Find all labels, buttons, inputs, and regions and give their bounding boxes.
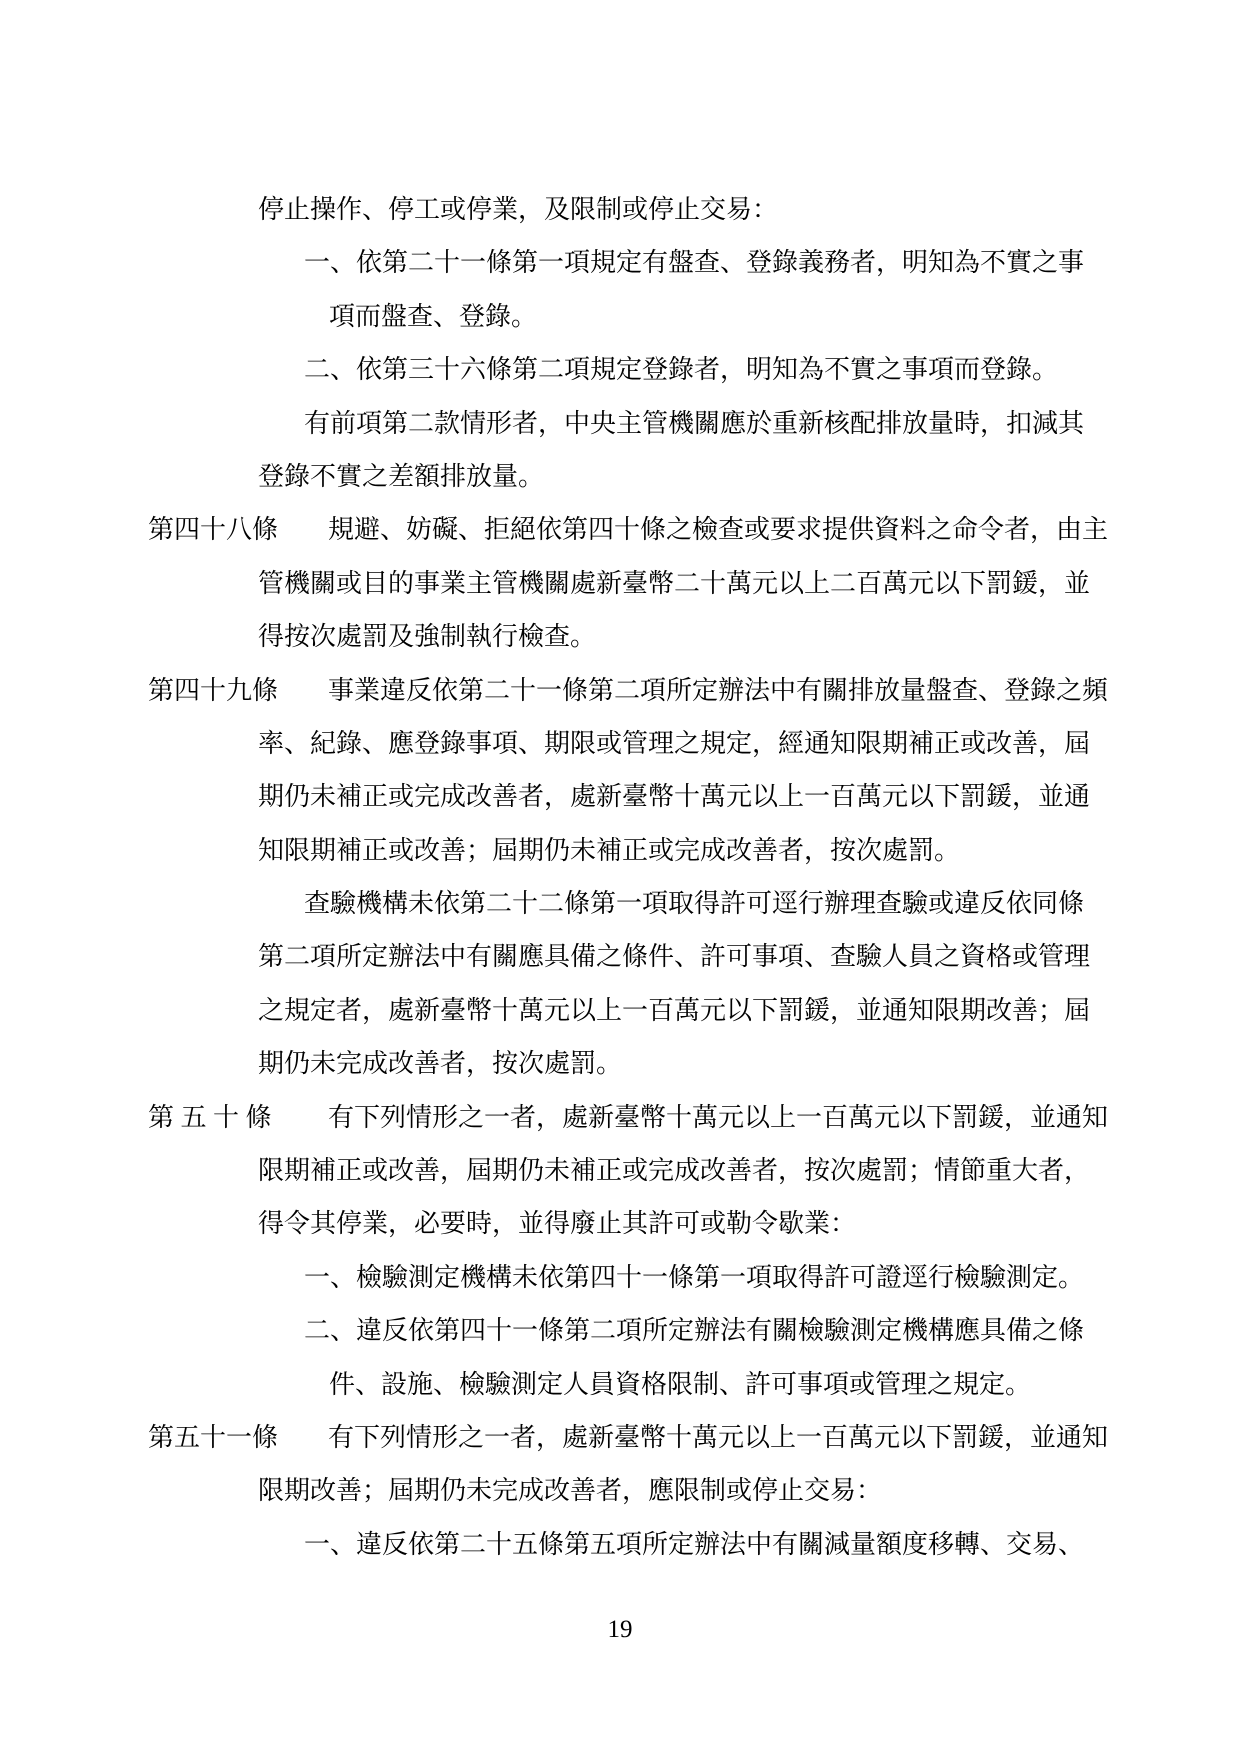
text-line: 期仍未完成改善者，按次處罰。 bbox=[258, 1037, 1240, 1090]
text-line: 得令其停業，必要時，並得廢止其許可或勒令歇業： bbox=[258, 1197, 1240, 1250]
text-line: 限期補正或改善，屆期仍未補正或完成改善者，按次處罰；情節重大者， bbox=[258, 1144, 1240, 1197]
text-line: 限期改善；屆期仍未完成改善者，應限制或停止交易： bbox=[258, 1464, 1240, 1517]
text-line: 一、檢驗測定機構未依第四十一條第一項取得許可證逕行檢驗測定。 bbox=[304, 1251, 1240, 1304]
text-line: 有前項第二款情形者，中央主管機關應於重新核配排放量時，扣減其 bbox=[304, 397, 1240, 450]
document-content: 停止操作、停工或停業，及限制或停止交易：一、依第二十一條第一項規定有盤查、登錄義… bbox=[0, 183, 1240, 1571]
text-line: 知限期補正或改善；屆期仍未補正或完成改善者，按次處罰。 bbox=[258, 824, 1240, 877]
text-line: 二、依第三十六條第二項規定登錄者，明知為不實之事項而登錄。 bbox=[304, 343, 1240, 396]
article-text: 有下列情形之一者，處新臺幣十萬元以上一百萬元以下罰鍰，並通知 bbox=[328, 1423, 1108, 1452]
text-line: 第二項所定辦法中有關應具備之條件、許可事項、查驗人員之資格或管理 bbox=[258, 930, 1240, 983]
text-line: 停止操作、停工或停業，及限制或停止交易： bbox=[258, 183, 1240, 236]
text-line: 二、違反依第四十一條第二項所定辦法有關檢驗測定機構應具備之條 bbox=[304, 1304, 1240, 1357]
text-line: 件、設施、檢驗測定人員資格限制、許可事項或管理之規定。 bbox=[329, 1358, 1240, 1411]
page-number: 19 bbox=[0, 1615, 1240, 1645]
article-text: 事業違反依第二十一條第二項所定辦法中有關排放量盤查、登錄之頻 bbox=[328, 676, 1108, 705]
article-line: 第四十九條事業違反依第二十一條第二項所定辦法中有關排放量盤查、登錄之頻 bbox=[148, 664, 1240, 717]
article-text: 有下列情形之一者，處新臺幣十萬元以上一百萬元以下罰鍰，並通知 bbox=[328, 1103, 1108, 1132]
text-line: 率、紀錄、應登錄事項、期限或管理之規定，經通知限期補正或改善，屆 bbox=[258, 717, 1240, 770]
article-number: 第四十八條 bbox=[148, 503, 328, 556]
article-line: 第四十八條規避、妨礙、拒絕依第四十條之檢查或要求提供資料之命令者，由主 bbox=[148, 503, 1240, 556]
text-line: 之規定者，處新臺幣十萬元以上一百萬元以下罰鍰，並通知限期改善；屆 bbox=[258, 984, 1240, 1037]
text-line: 一、違反依第二十五條第五項所定辦法中有關減量額度移轉、交易、 bbox=[304, 1518, 1240, 1571]
text-line: 一、依第二十一條第一項規定有盤查、登錄義務者，明知為不實之事 bbox=[304, 236, 1240, 289]
text-line: 管機關或目的事業主管機關處新臺幣二十萬元以上二百萬元以下罰鍰，並 bbox=[258, 557, 1240, 610]
article-text: 規避、妨礙、拒絕依第四十條之檢查或要求提供資料之命令者，由主 bbox=[328, 515, 1108, 544]
article-line: 第五十一條有下列情形之一者，處新臺幣十萬元以上一百萬元以下罰鍰，並通知 bbox=[148, 1411, 1240, 1464]
text-line: 查驗機構未依第二十二條第一項取得許可逕行辦理查驗或違反依同條 bbox=[304, 877, 1240, 930]
article-number: 第 五 十 條 bbox=[148, 1091, 328, 1144]
article-number: 第四十九條 bbox=[148, 664, 328, 717]
article-line: 第 五 十 條有下列情形之一者，處新臺幣十萬元以上一百萬元以下罰鍰，並通知 bbox=[148, 1091, 1240, 1144]
text-line: 項而盤查、登錄。 bbox=[329, 290, 1240, 343]
document-page: 停止操作、停工或停業，及限制或停止交易：一、依第二十一條第一項規定有盤查、登錄義… bbox=[0, 0, 1240, 1753]
article-number: 第五十一條 bbox=[148, 1411, 328, 1464]
text-line: 期仍未補正或完成改善者，處新臺幣十萬元以上一百萬元以下罰鍰，並通 bbox=[258, 770, 1240, 823]
text-line: 登錄不實之差額排放量。 bbox=[258, 450, 1240, 503]
text-line: 得按次處罰及強制執行檢查。 bbox=[258, 610, 1240, 663]
